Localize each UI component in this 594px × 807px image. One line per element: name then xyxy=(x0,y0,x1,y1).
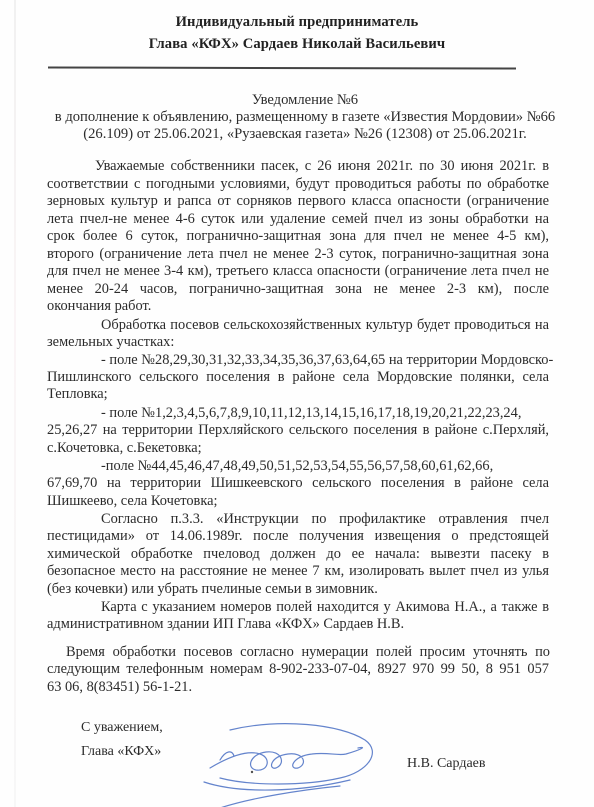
paragraph-3-line: пестицидами» от 14.06.1989г. после получ… xyxy=(47,528,549,545)
field-list-3-line: Шишкеево, села Кочетовка; xyxy=(47,493,549,510)
field-list-3-line: 67,69,70 на территории Шишкеевского сель… xyxy=(47,475,549,492)
field-list-1-line: Пишлинского сельского поселения в районе… xyxy=(47,369,549,386)
paragraph-5-line: 63 06, 8(83451) 56-1-21. xyxy=(47,679,549,696)
paragraph-1-line: менее 20-24 часов, погранично-защитная з… xyxy=(47,281,549,298)
header-divider xyxy=(48,67,516,69)
paragraph-4-line: Карта с указанием номеров полей находитс… xyxy=(47,599,549,616)
field-list-2-line: 25,26,27 на территории Перхляйского сель… xyxy=(47,422,549,439)
paragraph-3-line: химической обработке пчеловод должен до … xyxy=(47,546,549,563)
field-list-1-line: Тепловка; xyxy=(47,386,549,403)
paragraph-4-line: административном здании ИП Глава «КФХ» С… xyxy=(47,616,549,633)
paragraph-1-line: лета пчел-не менее 4-6 суток или удалени… xyxy=(47,211,549,228)
paragraph-3-line: Согласно п.3.3. «Инструкции по профилакт… xyxy=(47,511,549,528)
paragraph-1-line: срок более 6 суток, погранично-защитная … xyxy=(47,228,549,245)
paragraph-3-line: безопасное место на расстояние не менее … xyxy=(47,563,549,580)
field-list-2-line: - поле №1,2,3,4,5,6,7,8,9,10,11,12,13,14… xyxy=(47,405,549,422)
field-list-2-line: с.Кочетовка, с.Бекетовка; xyxy=(47,440,549,457)
signer-name: Н.В. Сардаев xyxy=(407,756,485,772)
document-page: Индивидуальный предприниматель Глава «КФ… xyxy=(0,0,594,807)
notice-title: Уведомление №6 xyxy=(40,92,570,109)
signature-icon xyxy=(190,720,390,807)
paragraph-2-line: земельных участках: xyxy=(47,334,549,351)
field-list-1-line: - поле №28,29,30,31,32,33,34,35,36,37,63… xyxy=(47,352,549,369)
paragraph-1-line: Уважаемые собственники пасек, с 26 июня … xyxy=(47,158,549,175)
paragraph-1-line: второго (ограничение лета пчел не менее … xyxy=(47,246,549,263)
paragraph-1-line: зерновых культур и рапса от сорняков пер… xyxy=(47,193,549,210)
closing-position: Глава «КФХ» xyxy=(81,744,161,760)
scan-edge-shadow xyxy=(14,0,16,807)
header-subtitle: Глава «КФХ» Сардаев Николай Васильевич xyxy=(0,36,594,53)
paragraph-1-line: соответствии с погодными условиями, буду… xyxy=(47,176,549,193)
paragraph-3-line: (без кочевки) или убрать пчелиные семьи … xyxy=(47,581,549,598)
notice-subtitle-line1: в дополнение к объявлению, размещенному … xyxy=(40,109,570,126)
paragraph-5-line: следующим телефонным номерам 8-902-233-0… xyxy=(47,661,549,678)
field-list-3-line: -поле №44,45,46,47,48,49,50,51,52,53,54,… xyxy=(47,458,549,475)
paragraph-1-line: для пчел не менее 3-4 км), третьего клас… xyxy=(47,263,549,280)
closing-regards: С уважением, xyxy=(81,720,163,736)
paragraph-1-line: окончания работ. xyxy=(47,298,549,315)
paragraph-5-line: Время обработки посевов согласно нумерац… xyxy=(66,644,550,661)
header-title: Индивидуальный предприниматель xyxy=(0,14,594,31)
paragraph-2-line: Обработка посевов сельскохозяйственных к… xyxy=(47,317,549,334)
notice-subtitle-line2: (26.109) от 25.06.2021, «Рузаевская газе… xyxy=(40,126,570,143)
